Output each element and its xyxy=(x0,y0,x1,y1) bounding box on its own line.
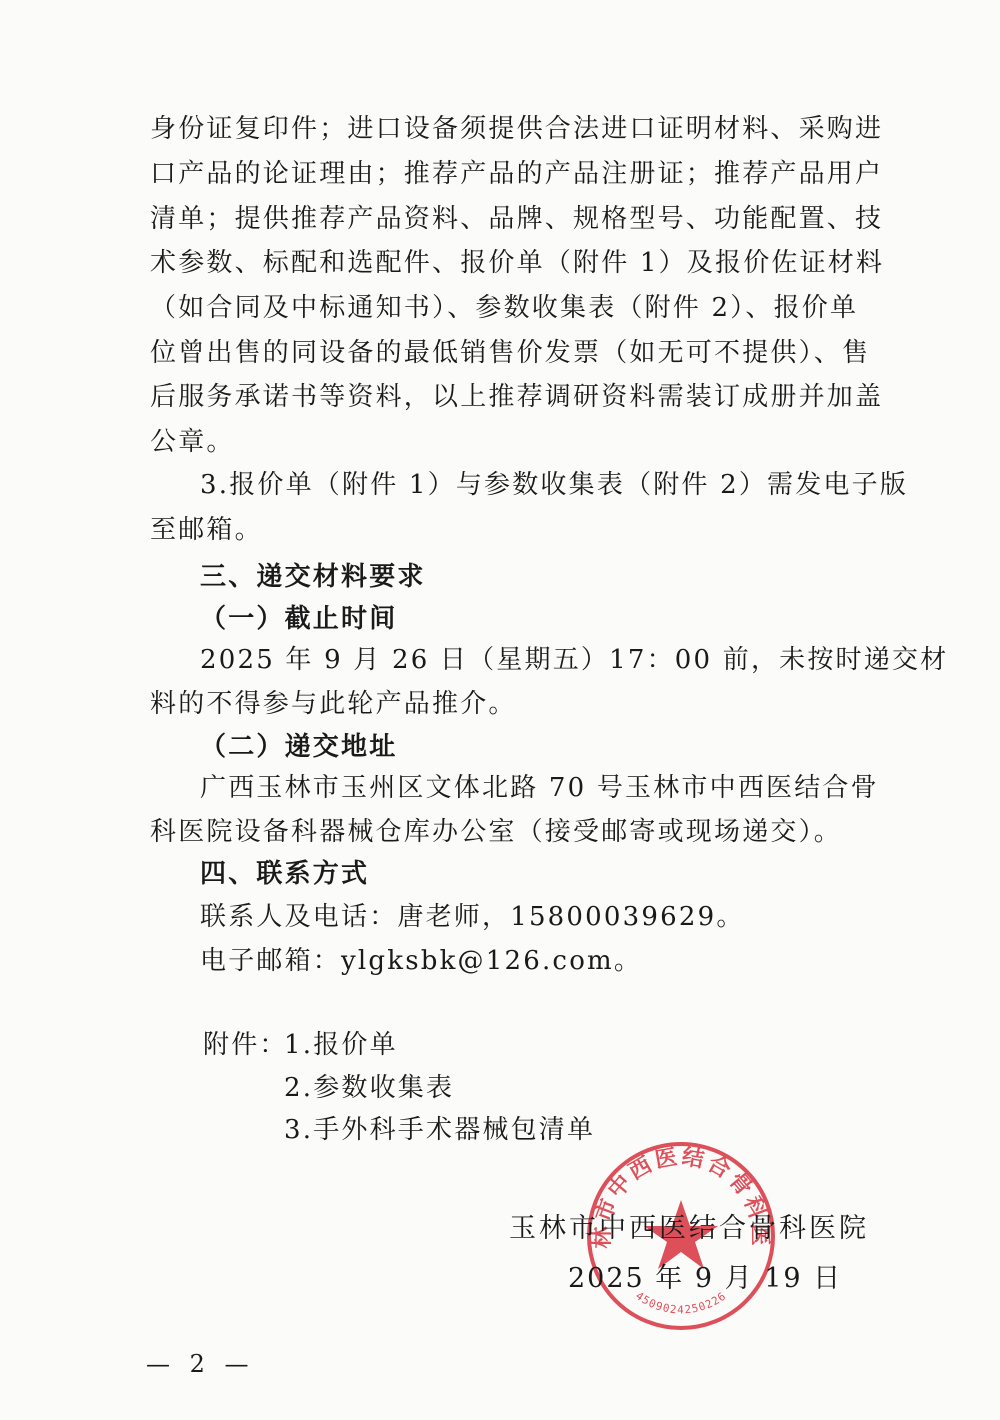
body-text-line: 料的不得参与此轮产品推介。 xyxy=(150,687,517,721)
body-text-line: 至邮箱。 xyxy=(150,513,263,547)
section-heading: 三、递交材料要求 xyxy=(200,560,426,594)
attachment-item: 3.手外科手术器械包清单 xyxy=(284,1113,595,1147)
subsection-heading: （二）递交地址 xyxy=(200,730,397,764)
signature-date: 2025 年 9 月 19 日 xyxy=(568,1262,842,1296)
email-line: 电子邮箱：ylgksbk@126.com。 xyxy=(200,944,642,978)
attachments-label: 附件： xyxy=(203,1028,288,1062)
body-text-line: 清单；提供推荐产品资料、品牌、规格型号、功能配置、技 xyxy=(150,202,883,236)
body-text-line: 身份证复印件；进口设备须提供合法进口证明材料、采购进 xyxy=(150,112,883,146)
body-text-line: 后服务承诺书等资料，以上推荐调研资料需装订成册并加盖 xyxy=(150,380,883,414)
attachment-item: 2.参数收集表 xyxy=(284,1071,454,1105)
body-text-line: 位曾出售的同设备的最低销售价发票（如无可不提供）、售 xyxy=(150,336,870,370)
body-text-line: 术参数、标配和选配件、报价单（附件 1）及报价佐证材料 xyxy=(150,246,884,280)
section-heading: 四、联系方式 xyxy=(200,857,369,891)
subsection-heading: （一）截止时间 xyxy=(200,602,397,636)
body-text-line: 口产品的论证理由；推荐产品的产品注册证；推荐产品用户 xyxy=(150,157,883,191)
body-text-line: 科医院设备科器械仓库办公室（接受邮寄或现场递交）。 xyxy=(150,815,842,849)
contact-line: 联系人及电话：唐老师，15800039629。 xyxy=(200,900,745,934)
signature-organization: 玉林市中西医结合骨科医院 xyxy=(509,1212,869,1246)
body-text-line: 广西玉林市玉州区文体北路 70 号玉林市中西医结合骨 xyxy=(200,771,879,805)
body-text-line: 2025 年 9 月 26 日（星期五）17：00 前，未按时递交材 xyxy=(200,643,948,677)
body-text-line: 3.报价单（附件 1）与参数收集表（附件 2）需发电子版 xyxy=(200,468,908,502)
body-text-line: 公章。 xyxy=(150,425,235,459)
body-text-line: （如合同及中标通知书）、参数收集表（附件 2）、报价单 xyxy=(150,291,858,325)
attachment-item: 1.报价单 xyxy=(284,1028,398,1062)
page-number: — 2 — xyxy=(146,1350,255,1378)
